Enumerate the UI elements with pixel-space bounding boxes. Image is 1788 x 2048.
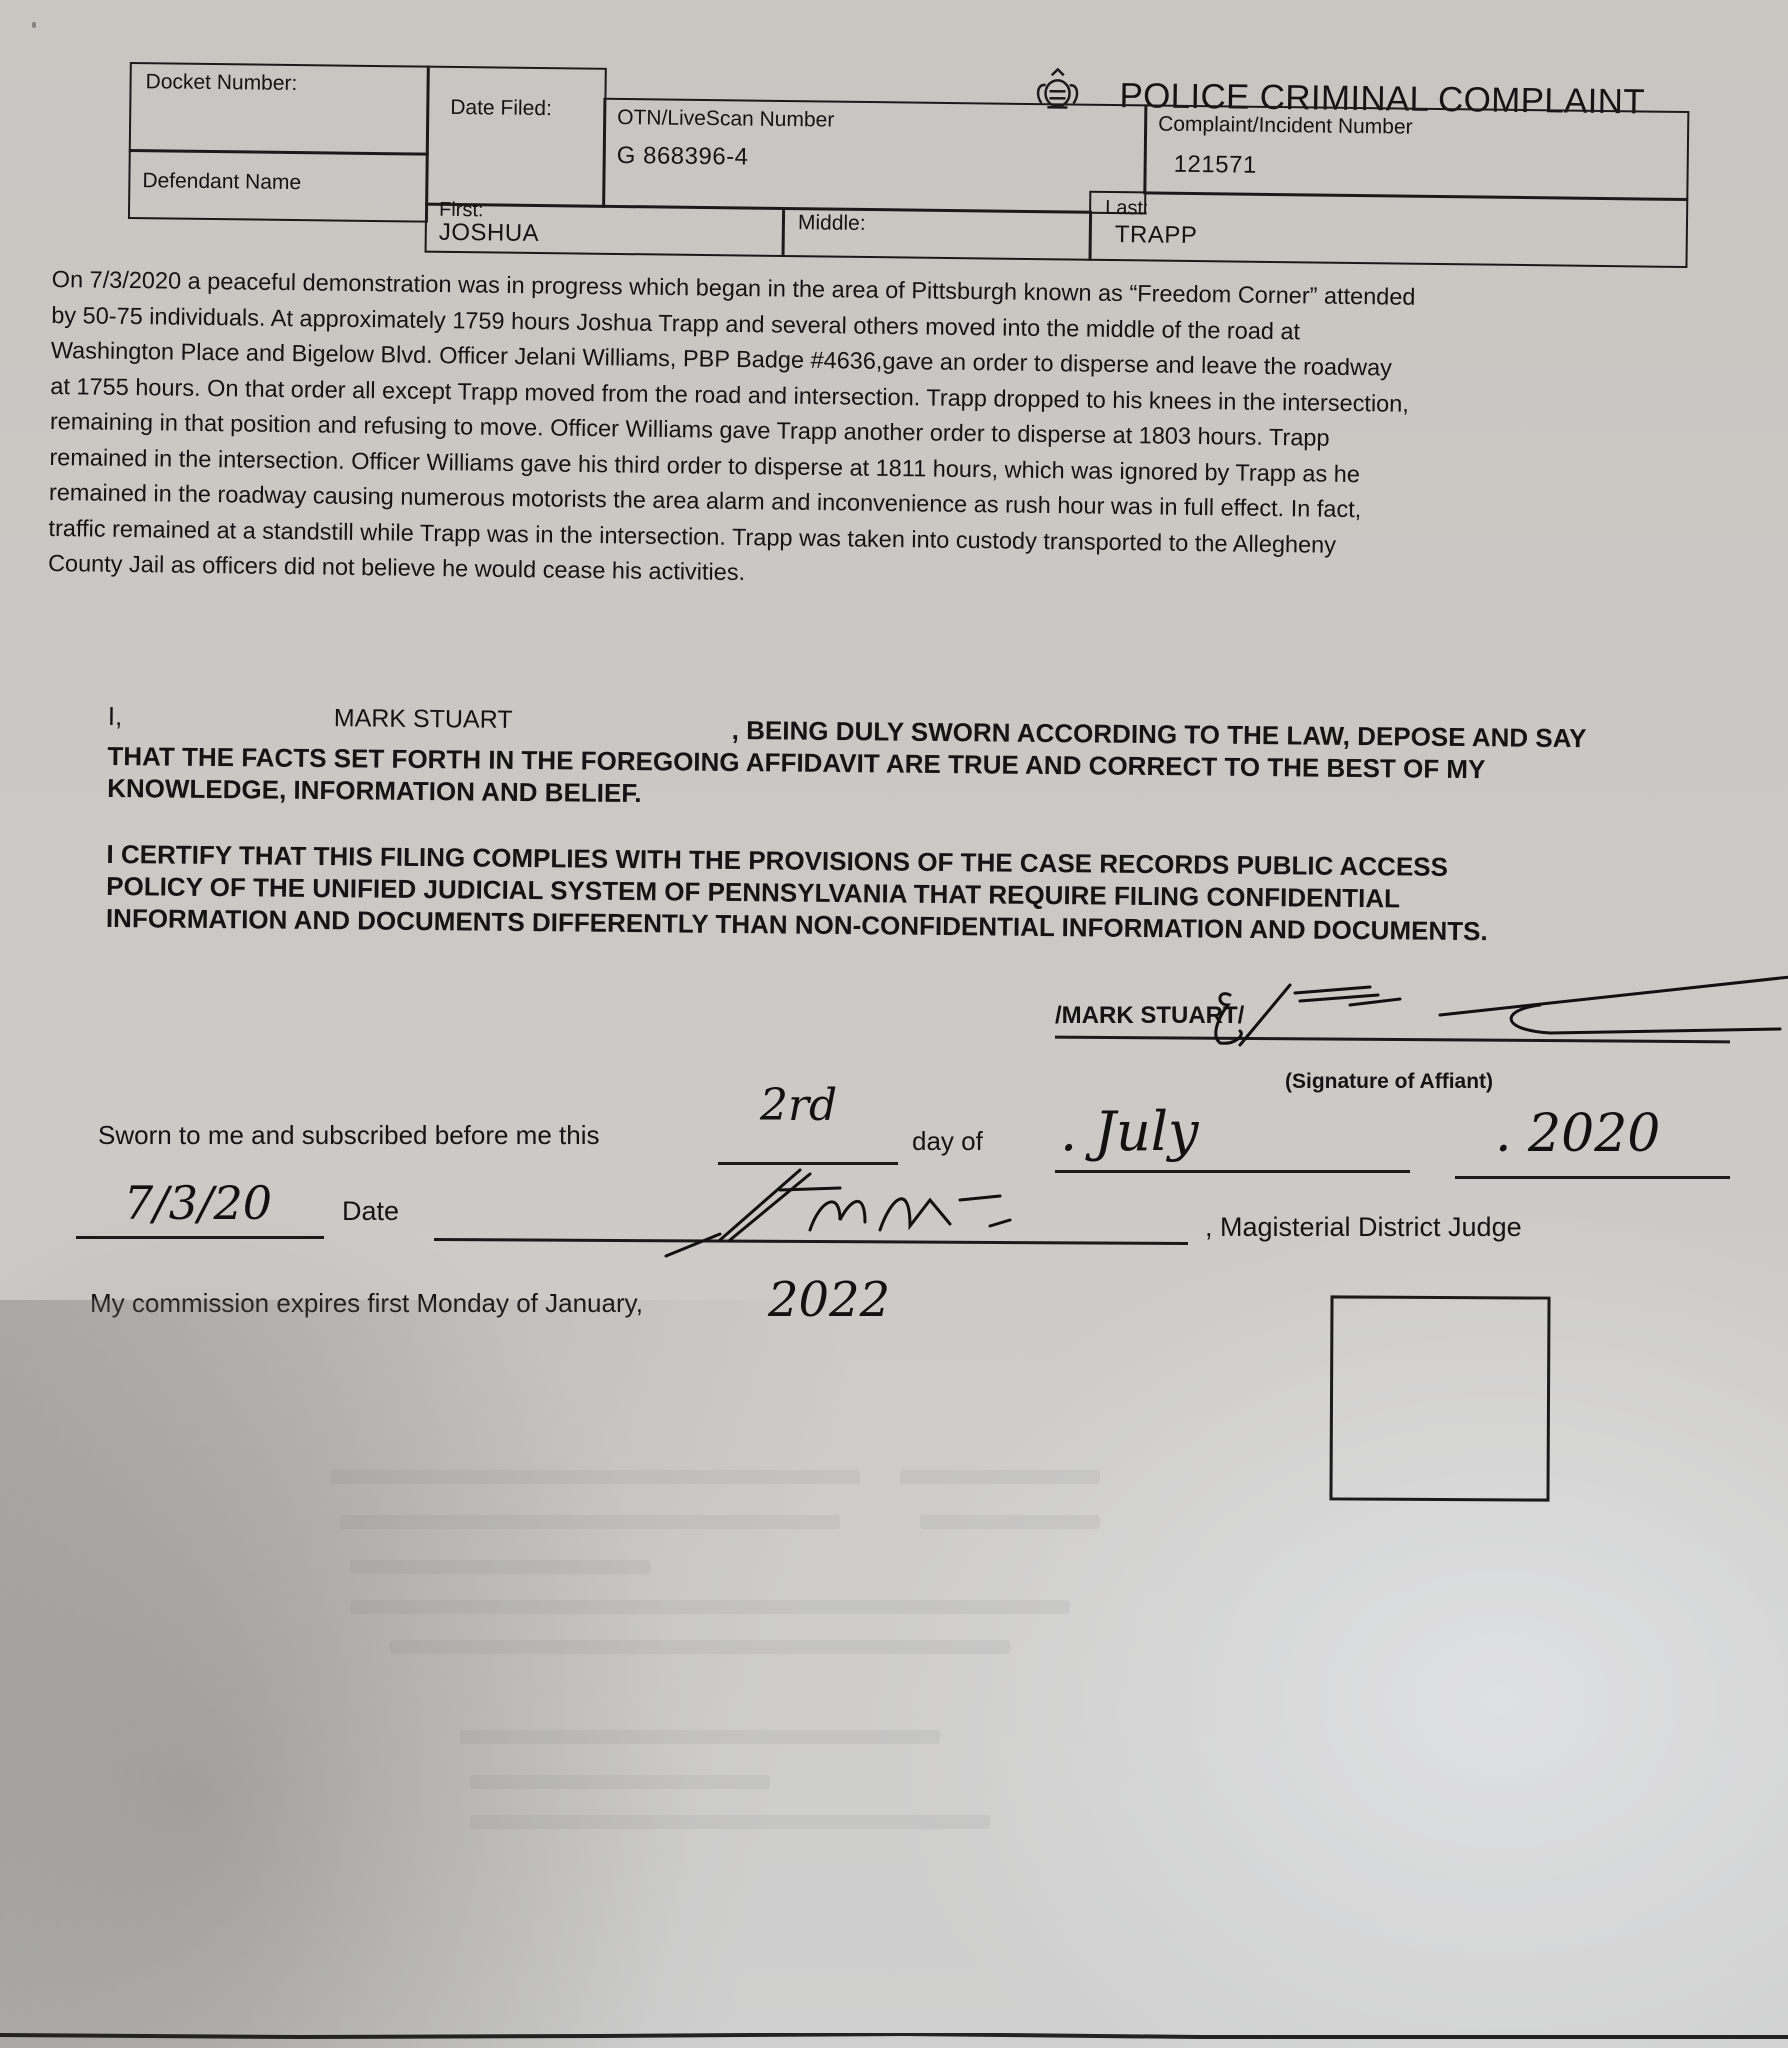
- handwritten-day: 2rd: [760, 1080, 837, 1131]
- complaint-header: POLICE CRIMINAL COMPLAINT Docket Number:…: [127, 50, 1699, 279]
- date-filed-label: Date Filed:: [450, 96, 552, 121]
- paper-speck: [32, 22, 36, 28]
- defendant-name-label: Defendant Name: [142, 169, 301, 195]
- judicial-seal-box: [1329, 1295, 1550, 1501]
- date-label: Date: [342, 1196, 399, 1227]
- otn-livescan-cell[interactable]: OTN/LiveScan Number G 868396-4: [602, 98, 1147, 215]
- defendant-name-cell: Defendant Name: [128, 149, 429, 223]
- date-filed-cell[interactable]: Date Filed:: [425, 66, 607, 208]
- handwritten-commission-year: 2022: [768, 1272, 890, 1328]
- otn-livescan-label: OTN/LiveScan Number: [617, 106, 834, 133]
- affidavit-prefix: I,: [108, 700, 123, 732]
- affiant-handwritten-signature: [1200, 965, 1788, 1055]
- handwritten-month: . July: [1060, 1100, 1199, 1163]
- first-name-cell[interactable]: First: JOSHUA: [425, 203, 786, 257]
- certification-statement: I CERTIFY THAT THIS FILING COMPLIES WITH…: [106, 838, 1707, 949]
- page-bottom-rule: [0, 2033, 1788, 2039]
- middle-name-cell[interactable]: Middle:: [782, 207, 1093, 261]
- month-line[interactable]: [1055, 1170, 1410, 1173]
- last-name-value: TRAPP: [1115, 221, 1198, 250]
- otn-livescan-value: G 868396-4: [617, 142, 749, 172]
- day-of-label: day of: [912, 1126, 983, 1157]
- first-name-value: JOSHUA: [439, 219, 540, 248]
- complaint-incident-label: Complaint/Incident Number: [1158, 113, 1413, 140]
- handwritten-date: 7/3/20: [124, 1176, 272, 1230]
- handwritten-year: . 2020: [1495, 1104, 1660, 1164]
- last-name-cell[interactable]: Last: TRAPP: [1088, 191, 1688, 268]
- magisterial-district-judge-label: , Magisterial District Judge: [1205, 1212, 1522, 1243]
- affidavit-statement: I, MARK STUART , BEING DULY SWORN ACCORD…: [106, 700, 1708, 949]
- affiant-name: MARK STUART: [334, 702, 513, 736]
- header-fields-table: Docket Number: Date Filed: OTN/LiveScan …: [128, 62, 1690, 261]
- narrative-paragraph: On 7/3/2020 a peaceful demonstration was…: [48, 262, 1652, 602]
- middle-name-label: Middle:: [798, 211, 866, 236]
- docket-number-label: Docket Number:: [145, 70, 297, 96]
- docket-number-cell[interactable]: Docket Number:: [129, 62, 430, 156]
- complaint-incident-value: 121571: [1174, 151, 1257, 180]
- complaint-incident-cell[interactable]: Complaint/Incident Number 121571: [1143, 104, 1689, 201]
- signature-caption: (Signature of Affiant): [1285, 1070, 1493, 1094]
- date-line[interactable]: [76, 1236, 324, 1239]
- judge-handwritten-signature: [660, 1160, 1070, 1260]
- last-name-label: Last:: [1105, 197, 1149, 221]
- commission-expiry-text: My commission expires first Monday of Ja…: [90, 1288, 643, 1319]
- year-line[interactable]: [1455, 1176, 1730, 1179]
- sworn-statement: Sworn to me and subscribed before me thi…: [98, 1120, 599, 1151]
